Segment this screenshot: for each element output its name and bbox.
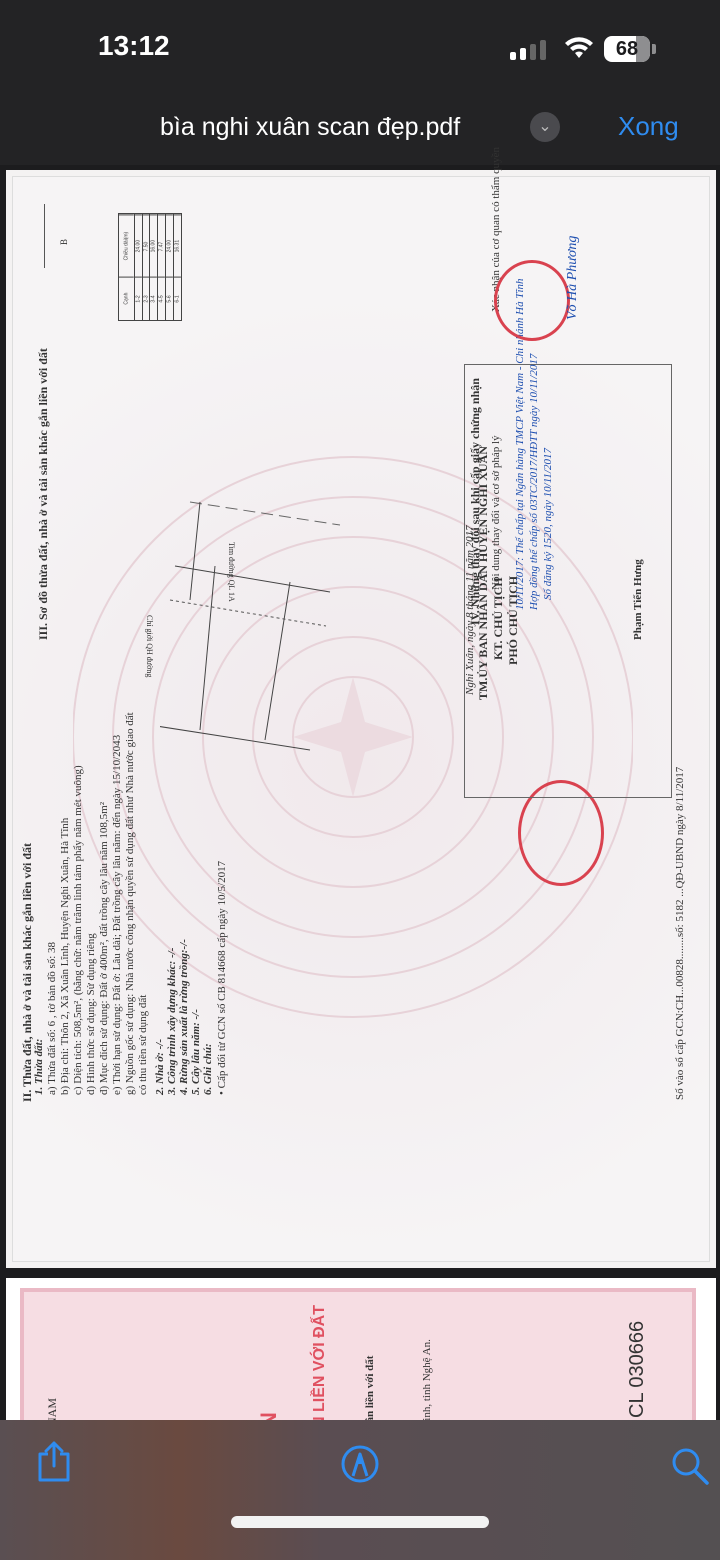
table-cell: 2-3 <box>143 277 150 320</box>
clock: 13:12 <box>98 30 170 62</box>
info-line: d) Hình thức sử dụng: Sử dụng riêng <box>85 933 98 1095</box>
share-icon[interactable] <box>36 1440 72 1482</box>
info-line: g) Nguồn gốc sử dụng: Nhà nước công nhận… <box>124 712 137 1095</box>
section-4-title: IV. Những thay đổi sau khi cấp giấy chứn… <box>468 378 483 625</box>
table-cell: 1-2 <box>135 277 142 320</box>
approver-signature: Võ Hà Phương <box>566 236 579 320</box>
table-cell: 24.00 <box>135 214 142 277</box>
cellular-signal-icon <box>510 40 546 60</box>
info-line: đ) Mục đích sử dụng: Đất ở 400m², đất tr… <box>98 802 111 1095</box>
table-cell: 16.31 <box>174 214 181 277</box>
table-cell: 24.00 <box>166 214 173 277</box>
boundary-label: Chỉ giới QH đường <box>143 615 156 677</box>
table-cell: 6-1 <box>174 277 181 320</box>
handwritten-entry: Số đăng ký 1520, ngày 10/11/2017 <box>542 448 555 600</box>
table-cell: 7.50 <box>143 214 150 277</box>
bottom-toolbar <box>0 1420 720 1560</box>
table-cell: 7.47 <box>158 214 165 277</box>
cover-location: Vinh, tỉnh Nghệ An. <box>421 1339 434 1428</box>
wifi-icon <box>563 34 595 60</box>
info-line: a) Thửa đất số: 6 , tờ bản đồ số: 38 <box>46 942 59 1095</box>
plot-diagram <box>160 330 360 770</box>
chevron-down-icon[interactable]: ⌄ <box>530 112 560 142</box>
dimensions-table: Chiều dài(m) Cạnh 24.001-2 7.502-3 16.00… <box>118 213 182 321</box>
home-indicator[interactable] <box>231 1516 489 1528</box>
table-cell: 5-6 <box>166 277 173 320</box>
info-item: 6. Ghi chú: <box>202 1043 215 1095</box>
serial-number: CL 030666 <box>626 1321 649 1418</box>
registry-line: Số vào sổ cấp GCN:CH...00828........số: … <box>674 767 687 1100</box>
status-bar: 13:12 68 <box>0 0 720 95</box>
info-line: c) Diện tích: 508,5m², (bằng chữ: năm tr… <box>72 765 85 1095</box>
battery-icon: 68 <box>604 36 650 62</box>
table-header: Cạnh <box>119 277 134 320</box>
battery-tip <box>652 44 656 54</box>
info-line: e) Thời hạn sử dụng: Đất ở: Lâu dài; Đất… <box>111 735 124 1095</box>
search-icon[interactable] <box>670 1446 710 1486</box>
section-3-title: III. Sơ đồ thửa đất, nhà ở và tài sản kh… <box>36 348 51 640</box>
table-cell: 3-4 <box>150 277 157 320</box>
north-label: B <box>58 239 71 245</box>
north-arrow-icon <box>44 204 45 268</box>
pdf-page-2[interactable]: NAM N N LIỀN VỚI ĐẤT gắn liền với đất Vi… <box>6 1278 716 1428</box>
certificate-cover <box>20 1288 696 1428</box>
note-line: • Cấp đổi từ GCN số CB 814668 cấp ngày 1… <box>216 861 229 1095</box>
markup-icon[interactable] <box>340 1444 380 1484</box>
table-cell: 16.00 <box>150 214 157 277</box>
info-line: có thu tiền sử dụng đất <box>137 995 150 1095</box>
cover-subtitle: gắn liền với đất <box>364 1356 377 1428</box>
registration-stamp <box>494 260 570 341</box>
road-label: Tim đường QL 1A <box>225 542 238 602</box>
table-header: Chiều dài(m) <box>119 214 134 277</box>
pdf-page-1[interactable]: III. Sơ đồ thửa đất, nhà ở và tài sản kh… <box>6 170 716 1268</box>
done-button[interactable]: Xong <box>618 111 679 142</box>
info-line: b) Địa chỉ: Thôn 2, Xã Xuân Lĩnh, Huyện … <box>59 818 72 1095</box>
section-2-sub: 1. Thửa đất: <box>33 1039 46 1095</box>
document-title[interactable]: bìa nghi xuân scan đẹp.pdf <box>160 113 460 142</box>
changes-col1: Nội dung thay đổi và cơ sở pháp lý <box>490 435 503 590</box>
cover-title: N LIỀN VỚI ĐẤT <box>311 1305 329 1428</box>
nav-bar: bìa nghi xuân scan đẹp.pdf ⌄ Xong <box>0 95 720 165</box>
handwritten-entry: Hợp đồng thế chấp số 03TC/2017/HĐTT ngày… <box>528 354 541 610</box>
table-cell: 4-5 <box>158 277 165 320</box>
